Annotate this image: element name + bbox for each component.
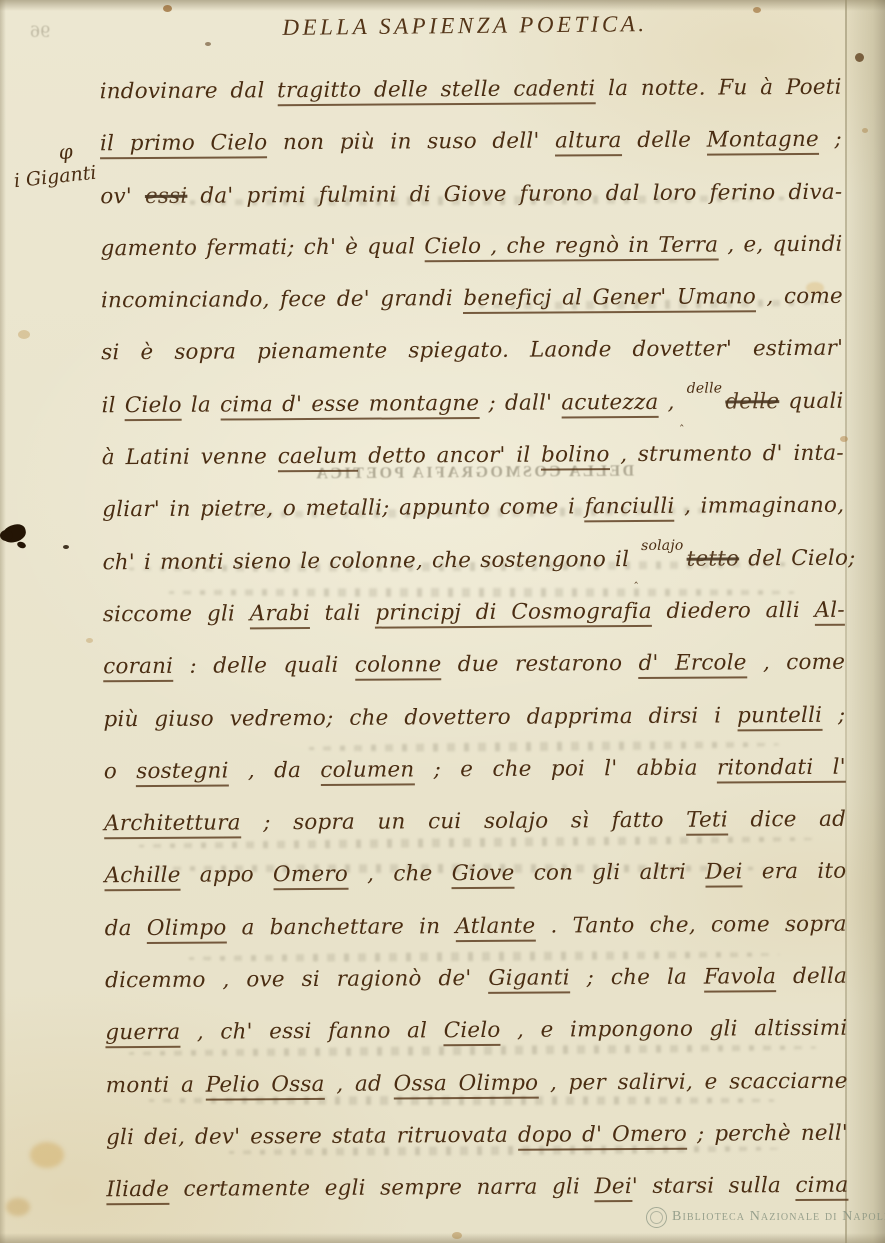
library-watermark: Biblioteca Nazionale di Napoli bbox=[646, 1204, 882, 1230]
text-line: gli dei, dev' essere stata ritruovata do… bbox=[106, 1108, 848, 1165]
text-line: più giuso vedremo; che dovettero dapprim… bbox=[103, 689, 845, 746]
text-line: da Olimpo a banchettare in Atlante . Tan… bbox=[105, 898, 847, 955]
text-line: siccome gli Arabi tali principj di Cosmo… bbox=[103, 585, 845, 642]
foxing-spot bbox=[855, 53, 864, 62]
foxing-spot bbox=[6, 1198, 30, 1216]
ghost-page-number: 96 bbox=[30, 22, 50, 41]
foxing-spot bbox=[86, 638, 93, 643]
text-line: ch' i monti sieno le colonne, che sosten… bbox=[102, 532, 844, 589]
text-line: si è sopra pienamente spiegato. Laonde d… bbox=[101, 323, 843, 380]
text-line: dicemmo , ove si ragionò de' Giganti ; c… bbox=[105, 951, 847, 1008]
text-line: il primo Cielo non più in suso dell' alt… bbox=[100, 114, 842, 171]
text-line: à Latini venne caelum detto ancor' il bo… bbox=[102, 428, 844, 485]
text-line: corani : delle quali colonne due restaro… bbox=[103, 637, 845, 694]
page-title: DELLA SAPIENZA POETICA. bbox=[120, 9, 810, 42]
foxing-spot bbox=[18, 330, 30, 339]
text-line: Architettura ; sopra un cui solajo sì fa… bbox=[104, 794, 846, 851]
library-watermark-text: Biblioteca Nazionale di Napoli bbox=[672, 1209, 885, 1225]
text-line: Achille appo Omero , che Giove con gli a… bbox=[104, 846, 846, 903]
text-line: indovinare dal tragitto delle stelle cad… bbox=[99, 62, 841, 119]
ink-blot bbox=[0, 518, 80, 558]
text-line: il Cielo la cima d' esse montagne ; dall… bbox=[101, 376, 843, 433]
page-edge-bottom bbox=[0, 1233, 885, 1243]
text-line: ov' essi da' primi fulmini di Giove furo… bbox=[100, 166, 842, 223]
page-edge-right bbox=[845, 0, 885, 1243]
library-logo-icon bbox=[646, 1207, 667, 1228]
text-line: gliar' in pietre, o metalli; appunto com… bbox=[102, 480, 844, 537]
text-line: incominciando, fece de' grandi beneficj … bbox=[101, 271, 843, 328]
text-line: monti a Pelio Ossa , ad Ossa Olimpo , pe… bbox=[106, 1055, 848, 1112]
foxing-spot bbox=[205, 42, 211, 46]
text-line: guerra , ch' essi fanno al Cielo , e imp… bbox=[105, 1003, 847, 1060]
foxing-spot bbox=[30, 1142, 64, 1168]
margin-note-symbol: φ bbox=[28, 139, 103, 165]
margin-note: φ i Giganti bbox=[2, 139, 106, 193]
margin-note-text: i Giganti bbox=[4, 161, 106, 193]
manuscript-page: 96 DELLA COSMOGRAFIA POETICA DELLA SAPIE… bbox=[0, 0, 885, 1243]
foxing-spot bbox=[862, 128, 868, 133]
foxing-spot bbox=[163, 5, 172, 12]
manuscript-text: indovinare dal tragitto delle stelle cad… bbox=[99, 62, 848, 1217]
foxing-spot bbox=[452, 1232, 462, 1239]
text-line: gamento fermati; ch' è qual Cielo , che … bbox=[100, 219, 842, 276]
text-line: o sostegni , da columen ; e che poi l' a… bbox=[104, 742, 846, 799]
